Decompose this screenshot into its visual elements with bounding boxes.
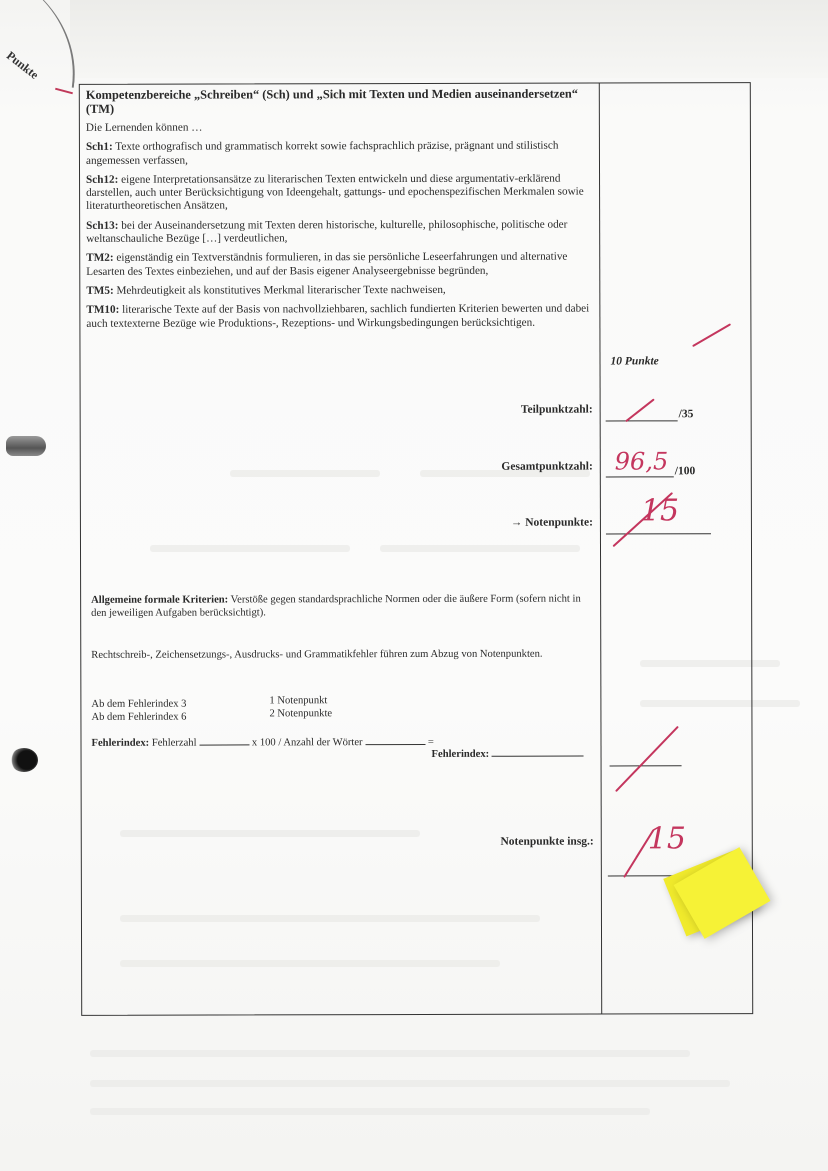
teilpunktzahl-denominator: /35: [679, 408, 694, 420]
competency-item: TM2: eigenständig ein Textverständnis fo…: [86, 251, 594, 279]
notenpunkte-label: → Notenpunkte:: [381, 517, 593, 530]
fehlerzahl-label: Fehlerzahl: [152, 738, 197, 749]
bleed-through: [90, 1080, 730, 1087]
fehlerindex-formula-label: Fehlerindex:: [91, 738, 149, 749]
competency-text: eigenständig ein Textverständnis formuli…: [86, 251, 567, 278]
competency-text: literarische Texte auf der Basis von nac…: [86, 303, 589, 330]
formal-criteria: Allgemeine formale Kriterien: Verstöße g…: [91, 594, 596, 620]
equals-sign: =: [428, 737, 434, 748]
red-strike-mark: [625, 398, 654, 421]
anzahl-woerter-label: x 100 / Anzahl der Wörter: [252, 737, 363, 748]
competency-text: Texte orthografisch und grammatisch korr…: [86, 140, 559, 167]
rule-deduction: 2 Notenpunkte: [269, 708, 449, 721]
competency-text: Mehrdeutigkeit als konstitutives Merkmal…: [116, 284, 445, 297]
gesamtpunktzahl-field[interactable]: [606, 476, 674, 477]
punch-hole-icon: [10, 748, 38, 772]
formal-criteria-heading: Allgemeine formale Kriterien:: [91, 594, 228, 605]
notenpunkte-field[interactable]: [606, 533, 711, 534]
grading-table: Kompetenzbereiche „Schreiben“ (Sch) und …: [79, 82, 753, 1016]
section-intro: Die Lernenden können …: [86, 121, 594, 136]
competency-code: TM2:: [86, 252, 113, 264]
red-strike-mark: [615, 726, 678, 792]
competency-item: TM5: Mehrdeutigkeit als konstitutives Me…: [86, 284, 594, 299]
deduction-text: Rechtschreib-, Zeichensetzungs-, Ausdruc…: [91, 649, 581, 663]
teilpunktzahl-field[interactable]: [606, 420, 678, 421]
teilpunktzahl-label: Teilpunktzahl:: [381, 404, 593, 417]
points-available: 10 Punkte: [610, 355, 658, 367]
red-check-mark: [692, 323, 731, 346]
competency-code: TM10:: [86, 304, 119, 316]
notenpunkte-insg-value: 15: [648, 821, 686, 856]
competency-item: Sch12: eigene Interpretationsansätze zu …: [86, 172, 594, 213]
notenpunkte-value: 15: [641, 493, 679, 528]
rule-condition: Ab dem Fehlerindex 3: [91, 698, 271, 711]
competency-item: Sch13: bei der Auseinandersetzung mit Te…: [86, 218, 594, 246]
fehlerindex-result-label: Fehlerindex:: [432, 749, 490, 760]
bleed-through: [90, 1050, 690, 1057]
notenpunkte-insg-label: Notenpunkte insg.:: [382, 836, 594, 849]
fehlerindex-result-field[interactable]: [492, 756, 584, 757]
competency-text: bei der Auseinandersetzung mit Texten de…: [86, 218, 567, 245]
fehlerindex-result: Fehlerindex:: [432, 749, 584, 762]
page-shadow: [70, 0, 828, 78]
gesamtpunktzahl-denominator: /100: [675, 465, 695, 477]
competency-code: Sch12:: [86, 174, 118, 186]
bleed-through: [90, 1108, 650, 1115]
competency-item: Sch1: Texte orthografisch und grammatisc…: [86, 140, 594, 168]
competency-code: TM5:: [86, 285, 113, 297]
competency-code: Sch1:: [86, 141, 113, 153]
section-title: Kompetenzbereiche „Schreiben“ (Sch) und …: [86, 87, 594, 116]
column-divider: [599, 84, 602, 1014]
gesamtpunktzahl-value: 96,5: [615, 447, 669, 475]
fehlerzahl-field[interactable]: [199, 744, 249, 745]
deduction-field[interactable]: [610, 765, 682, 766]
competency-text: eigene Interpretationsansätze zu literar…: [86, 173, 584, 213]
competency-item: TM10: literarische Texte auf der Basis v…: [86, 303, 594, 331]
competency-section: Kompetenzbereiche „Schreiben“ (Sch) und …: [86, 87, 595, 337]
rule-condition: Ab dem Fehlerindex 6: [91, 711, 271, 724]
gesamtpunktzahl-label: Gesamtpunktzahl:: [381, 461, 593, 474]
binder-ring-icon: [6, 436, 46, 456]
anzahl-woerter-field[interactable]: [365, 744, 425, 745]
competency-code: Sch13:: [86, 220, 118, 232]
rule-deduction: 1 Notenpunkt: [269, 695, 449, 708]
